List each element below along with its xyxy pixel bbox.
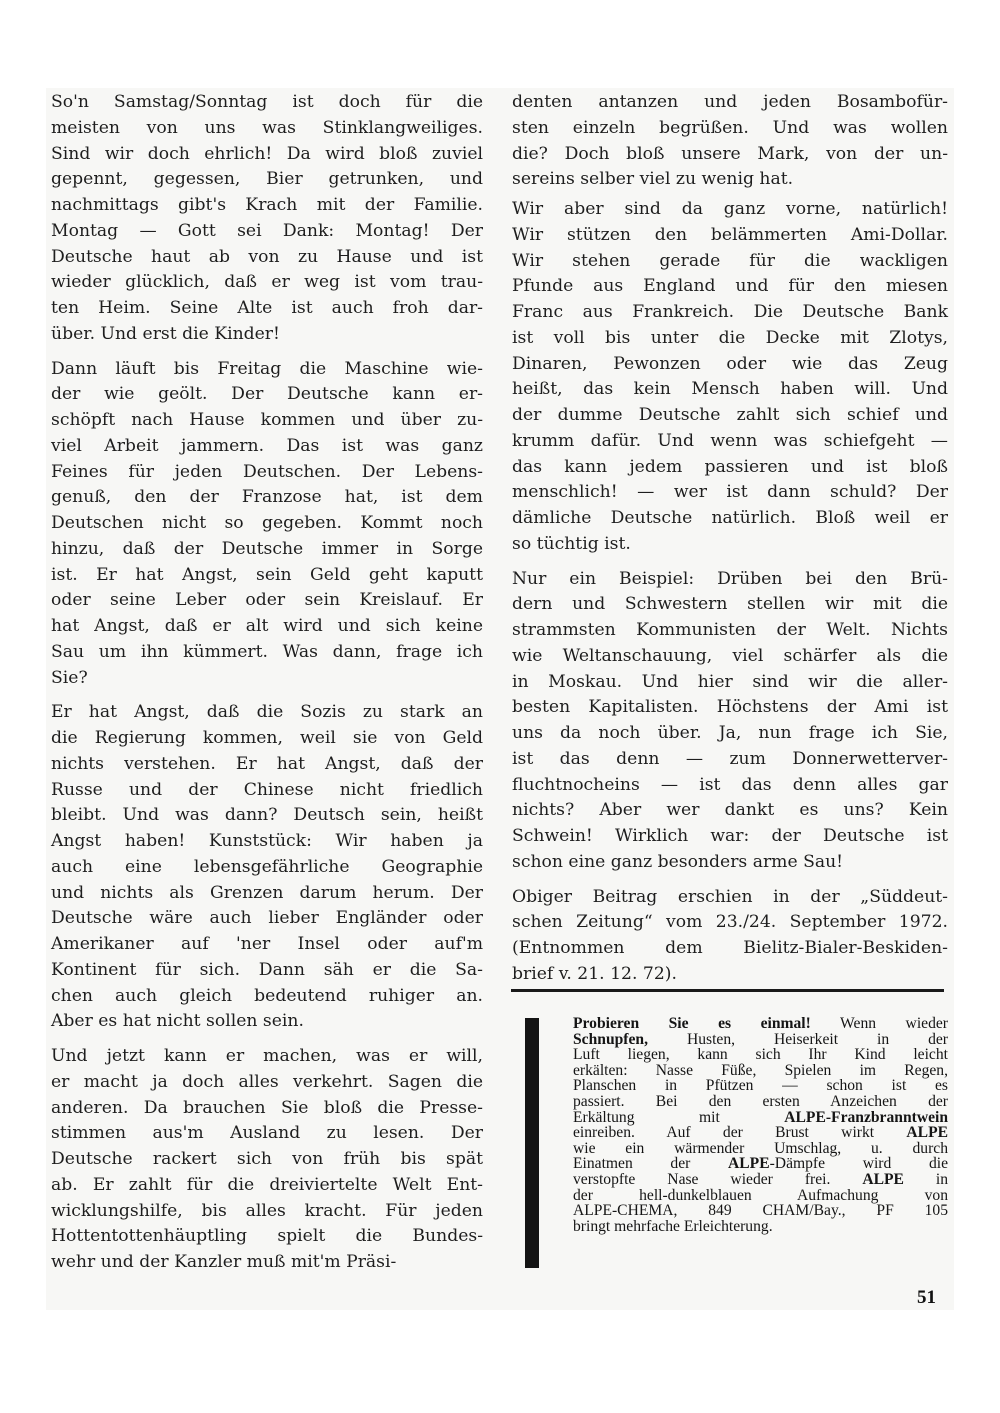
ad-emphasis: ALPE [906,1124,948,1141]
paragraph: Dann läuft bis Freitag die Maschine wie-… [51,357,483,692]
text-line: hat Angst, daß er alt wird und sich kein… [51,614,483,640]
text-line: chen auch gleich bedeutend ruhiger an. [51,984,483,1010]
ad-line: passiert. Bei den ersten Anzeichen der [573,1094,948,1110]
text-line: so tüchtig ist. [512,532,948,558]
ad-text-run: verstopfte Nase wieder frei. [573,1171,862,1188]
ad-text-run: der hell-dunkelblauen Aufmachung von [573,1187,948,1204]
ad-text-run: Füße, Spielen im Regen, [721,1062,948,1079]
ad-text-run: passiert. Bei den ersten Anzeichen der [573,1093,948,1110]
text-line: über. Und erst die Kinder! [51,322,483,348]
ad-text-run: in [904,1171,948,1188]
paragraph: So'n Samstag/Sonntag ist doch für diemei… [51,90,483,348]
paragraph: Obiger Beitrag erschien in der „Süddeut-… [512,885,948,988]
ad-line: wie ein wärmender Umschlag, u. durch [573,1141,948,1157]
text-line: strammsten Kommunisten der Welt. Nichts [512,618,948,644]
ad-line: Planschen in Pfützen — schon ist es [573,1078,948,1094]
ad-line: Erkältung mit ALPE-Franzbranntwein [573,1110,948,1126]
ad-emphasis: Probieren Sie es einmal! [573,1015,811,1032]
ad-text-run: Einatmen der [573,1155,728,1172]
text-line: Sie? [51,666,483,692]
text-line: auch eine lebensgefährliche Geographie [51,855,483,881]
text-line: genuß, den der Franzose hat, ist dem [51,485,483,511]
text-line: Aber es hat nicht sollen sein. [51,1009,483,1035]
text-line: nachmittags gibt's Krach mit der Familie… [51,193,483,219]
text-line: schöpft nach Hause kommen und über zu- [51,408,483,434]
ad-line: Probieren Sie es einmal! Wenn wieder [573,1016,948,1032]
text-line: nichts verstehen. Er hat Angst, daß der [51,752,483,778]
text-line: Nur ein Beispiel: Drüben bei den Brü- [512,567,948,593]
text-line: nichts? Aber wer dankt es uns? Kein [512,798,948,824]
text-line: Hottentottenhäuptling spielt die Bundes- [51,1224,483,1250]
text-line: gepennt, gegessen, Bier getrunken, und [51,167,483,193]
paragraph-gap [51,1035,483,1044]
text-line: besten Kapitalisten. Höchstens der Ami i… [512,695,948,721]
text-line: (Entnommen dem Bielitz-Bialer-Beskiden- [512,936,948,962]
text-line: anderen. Da brauchen Sie bloß die Presse… [51,1096,483,1122]
text-line: die Regierung kommen, weil sie von Geld [51,726,483,752]
text-line: Sind wir doch ehrlich! Da wird bloß zuvi… [51,142,483,168]
text-line: Er hat Angst, daß die Sozis zu stark an [51,700,483,726]
ad-emphasis: ALPE [728,1155,770,1172]
text-line: brief v. 21. 12. 72). [512,962,948,988]
paragraph: Er hat Angst, daß die Sozis zu stark and… [51,700,483,1035]
text-line: bleibt. Und was dann? Deutsch sein, heiß… [51,803,483,829]
text-line: Kontinent für sich. Dann säh er die Sa- [51,958,483,984]
ad-text-run: ALPE-CHEMA, 849 CHAM/Bay., PF 105 [573,1202,948,1219]
text-line: uns da noch über. Ja, nun frage ich Sie, [512,721,948,747]
advertisement-accent-bar [525,1018,539,1268]
article-right-column: denten antanzen und jeden Bosambofür-ste… [512,90,948,988]
ad-line: Luft liegen, kann sich Ihr Kind leicht [573,1047,948,1063]
text-line: stimmen aus'm Ausland zu lesen. Der [51,1121,483,1147]
ad-text-run: bringt mehrfache Erleichterung. [573,1218,773,1235]
text-line: der wie geölt. Der Deutsche kann er- [51,382,483,408]
ad-text-run: einreiben. Auf der Brust wirkt [573,1124,906,1141]
section-divider [511,989,944,992]
paragraph-gap [51,348,483,357]
ad-line: ALPE-CHEMA, 849 CHAM/Bay., PF 105 [573,1203,948,1219]
text-line: Deutschen nicht so gegeben. Kommt noch [51,511,483,537]
ad-line: Einatmen der ALPE-Dämpfe wird die [573,1156,948,1172]
paragraph-gap [512,558,948,567]
text-line: Dinaren, Pewonzen oder wie das Zeug [512,352,948,378]
text-line: Wir aber sind da ganz vorne, natürlich! [512,197,948,223]
text-line: schon eine ganz besonders arme Sau! [512,850,948,876]
text-line: wie Weltanschauung, viel schärfer als di… [512,644,948,670]
text-line: krumm dafür. Und wenn was schiefgeht — [512,429,948,455]
text-line: denten antanzen und jeden Bosambofür- [512,90,948,116]
ad-text-run: wie ein wärmender Umschlag, u. durch [573,1140,948,1157]
advertisement-text: Probieren Sie es einmal! Wenn wiederSchn… [573,1016,948,1234]
ad-line: der hell-dunkelblauen Aufmachung von [573,1188,948,1204]
ad-text-run: Husten, Heiserkeit in der [648,1031,948,1048]
text-line: Sau um ihn kümmert. Was dann, frage ich [51,640,483,666]
ad-line: Schnupfen, Husten, Heiserkeit in der [573,1032,948,1048]
text-line: wieder glücklich, daß er weg ist vom tra… [51,270,483,296]
paragraph: Nur ein Beispiel: Drüben bei den Brü-der… [512,567,948,876]
ad-emphasis: ALPE-Franzbranntwein [784,1109,948,1126]
text-line: wicklungshilfe, bis alles kracht. Für je… [51,1199,483,1225]
text-line: Pfunde aus England und für den miesen [512,274,948,300]
text-line: wehr und der Kanzler muß mit'm Präsi- [51,1250,483,1276]
paragraph: denten antanzen und jeden Bosambofür-ste… [512,90,948,193]
ad-text-run: Planschen in Pfützen — schon ist es [573,1077,948,1094]
text-line: heißt, das kein Mensch haben will. Und [512,377,948,403]
text-line: menschlich! — wer ist dann schuld? Der [512,480,948,506]
text-line: Wir stehen gerade für die wackligen [512,249,948,275]
text-line: ab. Er zahlt für die dreiviertelte Welt … [51,1173,483,1199]
text-line: fluchtnocheins — ist das denn alles gar [512,773,948,799]
text-line: der dumme Deutsche zahlt sich schief und [512,403,948,429]
ad-line: verstopfte Nase wieder frei. ALPE in [573,1172,948,1188]
paragraph: Und jetzt kann er machen, was er will,er… [51,1044,483,1276]
text-line: schen Zeitung“ vom 23./24. September 197… [512,910,948,936]
text-line: ist. Er hat Angst, sein Geld geht kaputt [51,563,483,589]
paragraph-gap [51,691,483,700]
text-line: das kann jedem passieren und ist bloß [512,455,948,481]
ad-emphasis: Schnupfen, [573,1031,648,1048]
text-line: Deutsche rackert sich von früh bis spät [51,1147,483,1173]
text-line: Dann läuft bis Freitag die Maschine wie- [51,357,483,383]
text-line: Obiger Beitrag erschien in der „Süddeut- [512,885,948,911]
text-line: und nichts als Grenzen darum herum. Der [51,881,483,907]
page-number: 51 [917,1287,936,1309]
ad-text-run: Erkältung mit [573,1109,784,1126]
text-line: sereins selber viel zu wenig hat. [512,167,948,193]
ad-line: erkälten: Nasse Füße, Spielen im Regen, [573,1063,948,1079]
text-line: Schwein! Wirklich war: der Deutsche ist [512,824,948,850]
text-line: ist voll bis unter die Decke mit Zlotys, [512,326,948,352]
text-line: hinzu, daß der Deutsche immer in Sorge [51,537,483,563]
ad-emphasis: ALPE [862,1171,904,1188]
text-line: ist das denn — zum Donnerwetterver- [512,747,948,773]
text-line: So'n Samstag/Sonntag ist doch für die [51,90,483,116]
ad-text-run: Luft liegen, kann sich Ihr Kind leicht [573,1046,948,1063]
ad-line: bringt mehrfache Erleichterung. [573,1219,948,1235]
text-line: er macht ja doch alles verkehrt. Sagen d… [51,1070,483,1096]
text-line: Und jetzt kann er machen, was er will, [51,1044,483,1070]
text-line: Feines für jeden Deutschen. Der Lebens- [51,460,483,486]
paragraph-gap [512,876,948,885]
text-line: in Moskau. Und hier sind wir die aller- [512,670,948,696]
text-line: dern und Schwestern stellen wir mit die [512,592,948,618]
text-line: Deutsche wäre auch lieber Engländer oder [51,906,483,932]
text-line: die? Doch bloß unsere Mark, von der un- [512,142,948,168]
paragraph: Wir aber sind da ganz vorne, natürlich!W… [512,197,948,558]
ad-text-run: -Dämpfe wird die [770,1155,948,1172]
ad-text-run: Wenn wieder [811,1015,948,1032]
text-line: ten Heim. Seine Alte ist auch froh dar- [51,296,483,322]
text-line: oder seine Leber oder sein Kreislauf. Er [51,588,483,614]
text-line: dämliche Deutsche natürlich. Bloß weil e… [512,506,948,532]
text-line: viel Arbeit jammern. Das ist was ganz [51,434,483,460]
ad-text-run: erkälten: Nasse [573,1062,721,1079]
text-line: Amerikaner auf 'ner Insel oder auf'm [51,932,483,958]
text-line: Montag — Gott sei Dank: Montag! Der [51,219,483,245]
text-line: Deutsche haut ab von zu Hause und ist [51,245,483,271]
text-line: sten einzeln begrüßen. Und was wollen [512,116,948,142]
text-line: Wir stützen den belämmerten Ami-Dollar. [512,223,948,249]
ad-line: einreiben. Auf der Brust wirkt ALPE [573,1125,948,1141]
article-left-column: So'n Samstag/Sonntag ist doch für diemei… [51,90,483,1276]
text-line: Russe und der Chinese nicht friedlich [51,778,483,804]
text-line: Franc aus Frankreich. Die Deutsche Bank [512,300,948,326]
text-line: meisten von uns was Stinklangweiliges. [51,116,483,142]
text-line: Angst haben! Kunststück: Wir haben ja [51,829,483,855]
